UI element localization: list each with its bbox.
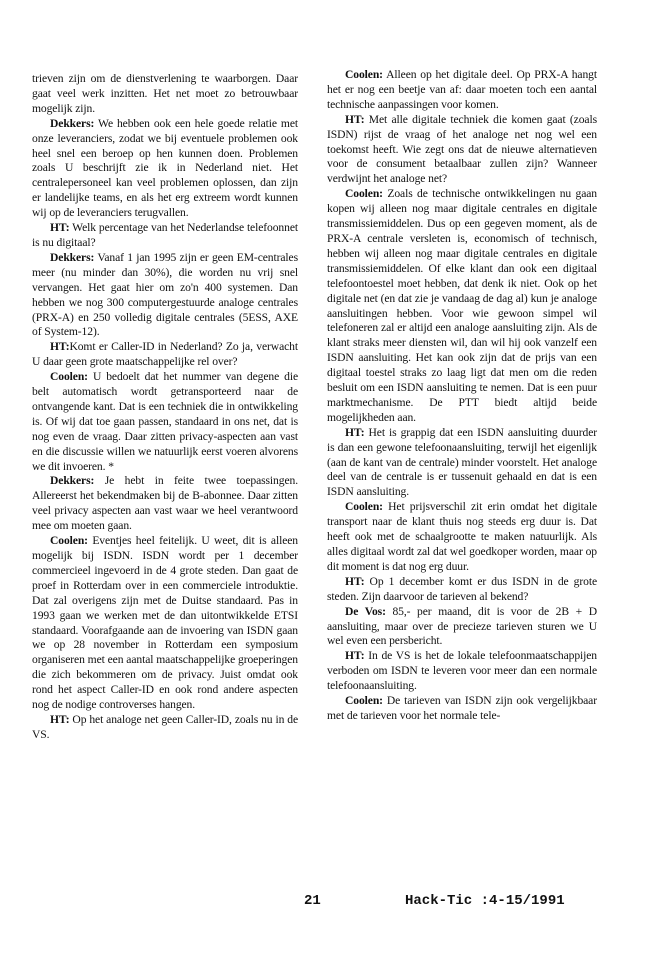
paragraph-text: Welk percentage van het Nederlandse tele… (32, 221, 298, 249)
speaker-label: HT: (50, 713, 69, 726)
paragraph: De Vos: 85,- per maand, dit is voor de 2… (327, 605, 597, 650)
paragraph-text: Op het analoge net geen Caller-ID, zoals… (32, 713, 298, 741)
paragraph-text: In de VS is het de lokale telefoonmaatsc… (327, 649, 597, 692)
paragraph-text: Zoals de technische ontwikkelingen nu ga… (327, 187, 597, 424)
paragraph: HT: Met alle digitale techniek die komen… (327, 113, 597, 188)
speaker-label: Dekkers: (50, 251, 94, 264)
paragraph: Dekkers: We hebben ook een hele goede re… (32, 117, 298, 221)
publication-issue: Hack-Tic :4-15/1991 (405, 893, 565, 909)
paragraph: Coolen: U bedoelt dat het nummer van deg… (32, 370, 298, 474)
speaker-label: HT: (345, 426, 364, 439)
paragraph: Dekkers: Vanaf 1 jan 1995 zijn er geen E… (32, 251, 298, 340)
speaker-label: Coolen: (345, 694, 383, 707)
paragraph: HT:Komt er Caller-ID in Nederland? Zo ja… (32, 340, 298, 370)
speaker-label: Coolen: (50, 370, 88, 383)
paragraph-text: Vanaf 1 jan 1995 zijn er geen EM-central… (32, 251, 298, 339)
left-column: trieven zijn om de dienstverlening te wa… (32, 72, 298, 743)
paragraph: Coolen: Het prijsverschil zit erin omdat… (327, 500, 597, 575)
paragraph: Coolen: Zoals de technische ontwikkeling… (327, 187, 597, 426)
paragraph: HT: Op het analoge net geen Caller-ID, z… (32, 713, 298, 743)
speaker-label: HT: (345, 113, 364, 126)
paragraph: trieven zijn om de dienstverlening te wa… (32, 72, 298, 117)
paragraph-text: Komt er Caller-ID in Nederland? Zo ja, v… (32, 340, 298, 368)
paragraph-text: We hebben ook een hele goede relatie met… (32, 117, 298, 219)
speaker-label: Coolen: (345, 68, 383, 81)
speaker-label: HT: (345, 575, 364, 588)
speaker-label: Dekkers: (50, 474, 94, 487)
paragraph-text: trieven zijn om de dienstverlening te wa… (32, 72, 298, 115)
paragraph: HT: Op 1 december komt er dus ISDN in de… (327, 575, 597, 605)
speaker-label: HT: (345, 649, 364, 662)
paragraph: Coolen: Eventjes heel feitelijk. U weet,… (32, 534, 298, 713)
speaker-label: Coolen: (345, 500, 383, 513)
paragraph: HT: Welk percentage van het Nederlandse … (32, 221, 298, 251)
speaker-label: Coolen: (345, 187, 383, 200)
paragraph-text: Het is grappig dat een ISDN aansluiting … (327, 426, 597, 499)
paragraph: Coolen: Alleen op het digitale deel. Op … (327, 68, 597, 113)
page-number: 21 (304, 893, 321, 909)
paragraph: HT: In de VS is het de lokale telefoonma… (327, 649, 597, 694)
paragraph: Coolen: De tarieven van ISDN zijn ook ve… (327, 694, 597, 724)
paragraph: HT: Het is grappig dat een ISDN aansluit… (327, 426, 597, 501)
speaker-label: Coolen: (50, 534, 88, 547)
speaker-label: De Vos: (345, 605, 386, 618)
paragraph-text: U bedoelt dat het nummer van degene die … (32, 370, 298, 472)
paragraph-text: Eventjes heel feitelijk. U weet, dit is … (32, 534, 298, 711)
paragraph-text: Op 1 december komt er dus ISDN in de gro… (327, 575, 597, 603)
speaker-label: HT: (50, 221, 69, 234)
speaker-label: HT: (50, 340, 69, 353)
right-column: Coolen: Alleen op het digitale deel. Op … (327, 68, 597, 724)
speaker-label: Dekkers: (50, 117, 94, 130)
paragraph: Dekkers: Je hebt in feite twee toepassin… (32, 474, 298, 534)
paragraph-text: Met alle digitale techniek die komen gaa… (327, 113, 597, 186)
